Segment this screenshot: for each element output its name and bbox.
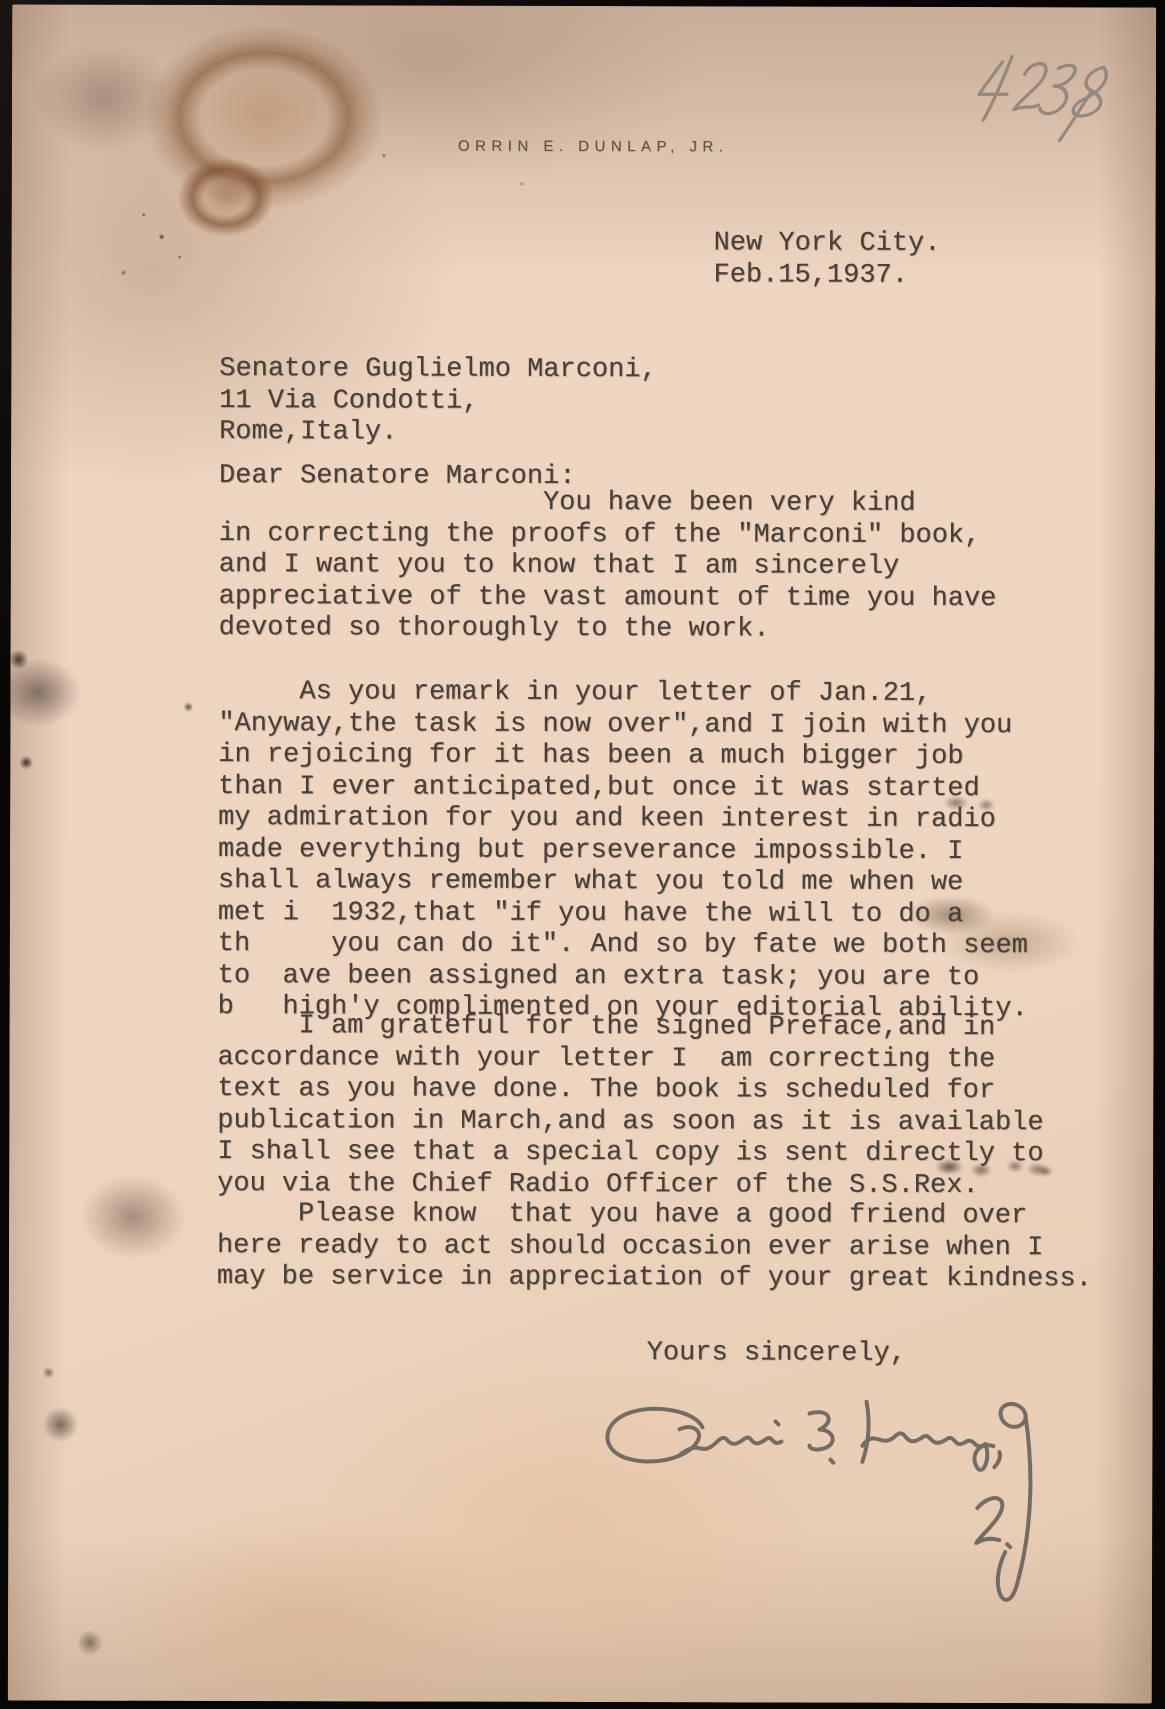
text-line: in rejoicing for it has been a much bigg…: [218, 740, 1028, 774]
text-line: and I want you to know that I am sincere…: [219, 550, 997, 584]
text-line: you via the Chief Radio Officer of the S…: [217, 1169, 1043, 1203]
text-line: to ave been assigned an extra task; you …: [218, 961, 1028, 995]
letter-paper: Orrin E. Dunlap, Jr. New York City.Feb.1…: [8, 5, 1156, 1704]
letterhead-name: Orrin E. Dunlap, Jr.: [458, 138, 729, 156]
closing: Yours sincerely,: [647, 1338, 906, 1370]
text-line: appreciative of the vast amount of time …: [219, 582, 997, 616]
text-line: my admiration for you and keen interest …: [218, 803, 1028, 837]
recipient-address: Senatore Guglielmo Marconi,11 Via Condot…: [219, 354, 657, 450]
handwritten-catalog-number: [971, 46, 1137, 152]
text-line: devoted so thoroughly to the work.: [219, 613, 997, 647]
text-line: in correcting the proofs of the "Marconi…: [219, 519, 997, 553]
ink-smudge: [1019, 1159, 1059, 1179]
text-line: made everything but perseverance impossi…: [218, 835, 1028, 869]
text-line: may be service in appreciation of your g…: [217, 1262, 1092, 1296]
paragraph-1: You have been very kindin correcting the…: [219, 487, 997, 647]
text-line: here ready to act should occasion ever a…: [217, 1231, 1092, 1265]
text-line: I shall see that a special copy is sent …: [217, 1137, 1043, 1171]
paragraph-4: Please know that you have a good friend …: [217, 1199, 1092, 1296]
paragraph-3: I am grateful for the signed Preface,and…: [217, 1011, 1044, 1202]
handwritten-signature: [583, 1385, 1044, 1698]
text-line: shall always remember what you told me w…: [218, 866, 1028, 900]
text-line: text as you have done. The book is sched…: [217, 1074, 1043, 1108]
text-line: New York City.: [714, 228, 941, 260]
text-line: than I ever anticipated,but once it was …: [218, 772, 1028, 806]
text-line: accordance with your letter I am correct…: [217, 1043, 1043, 1077]
ink-smudge: [940, 793, 1010, 815]
paragraph-2: As you remark in your letter of Jan.21,"…: [218, 677, 1029, 1026]
text-line: Senatore Guglielmo Marconi,: [219, 354, 657, 387]
text-line: You have been very kind: [219, 487, 997, 521]
text-line: th you can do it". And so by fate we bot…: [218, 929, 1028, 963]
text-line: 11 Via Condotti,: [219, 386, 657, 419]
text-line: "Anyway,the task is now over",and I join…: [218, 709, 1028, 743]
dateline: New York City.Feb.15,1937.: [713, 228, 940, 292]
text-line: I am grateful for the signed Preface,and…: [218, 1011, 1044, 1045]
text-line: As you remark in your letter of Jan.21,: [218, 677, 1028, 711]
photo-background: Orrin E. Dunlap, Jr. New York City.Feb.1…: [0, 0, 1165, 1709]
text-line: Please know that you have a good friend …: [217, 1199, 1092, 1233]
text-line: Feb.15,1937.: [713, 260, 940, 292]
text-line: Rome,Italy.: [219, 417, 657, 450]
text-line: publication in March,and as soon as it i…: [217, 1106, 1043, 1140]
text-line: met i 1932,that "if you have the will to…: [218, 898, 1028, 932]
